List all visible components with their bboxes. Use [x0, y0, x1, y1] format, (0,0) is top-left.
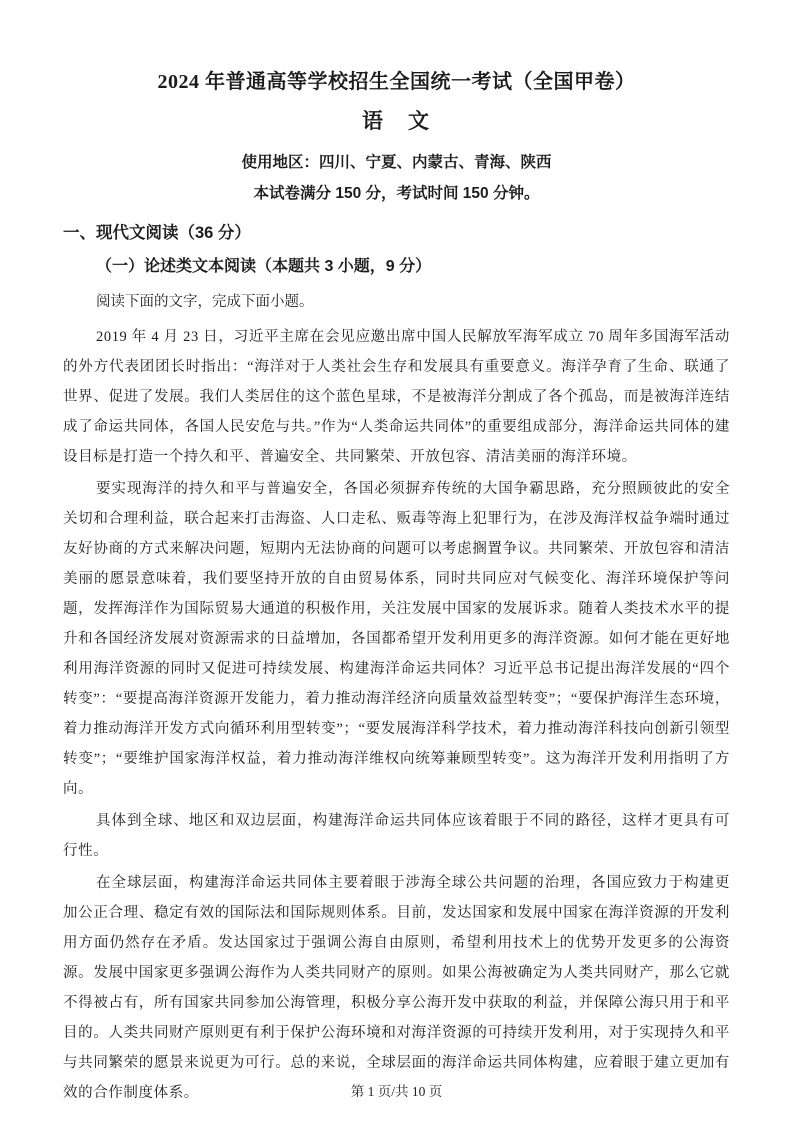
page-number: 第 1 页/共 10 页 — [351, 1084, 443, 1099]
subsection-heading-argumentative-reading: （一）论述类文本阅读（本题共 3 小题，9 分） — [63, 255, 730, 279]
page-footer: 第 1 页/共 10 页 — [0, 1080, 793, 1100]
passage-paragraph-2: 要实现海洋的持久和平与普遍安全，各国必须摒弃传统的大国争霸思路，充分照顾彼此的安… — [63, 474, 730, 804]
section-heading-modern-reading: 一、现代文阅读（36 分） — [63, 221, 730, 245]
exam-paper-page: 2024 年普通高等学校招生全国统一考试（全国甲卷） 语 文 使用地区：四川、宁… — [0, 0, 793, 1122]
passage-paragraph-3: 具体到全球、地区和双边层面，构建海洋命运共同体应该着眼于不同的路径，这样才更具有… — [63, 806, 730, 866]
exam-title: 2024 年普通高等学校招生全国统一考试（全国甲卷） — [63, 68, 730, 96]
subject-title: 语 文 — [63, 108, 730, 136]
region-line: 使用地区：四川、宁夏、内蒙古、青海、陕西 — [63, 152, 730, 174]
reading-passage: 2019 年 4 月 23 日，习近平主席在会见应邀出席中国人民解放军海军成立 … — [63, 322, 730, 1108]
passage-paragraph-1: 2019 年 4 月 23 日，习近平主席在会见应邀出席中国人民解放军海军成立 … — [63, 322, 730, 472]
reading-instruction: 阅读下面的文字，完成下面小题。 — [63, 291, 730, 313]
passage-paragraph-4: 在全球层面，构建海洋命运共同体主要着眼于涉海全球公共问题的治理，各国应致力于构建… — [63, 868, 730, 1108]
page-content: 2024 年普通高等学校招生全国统一考试（全国甲卷） 语 文 使用地区：四川、宁… — [0, 68, 793, 1108]
exam-info-line: 本试卷满分 150 分，考试时间 150 分钟。 — [63, 183, 730, 205]
